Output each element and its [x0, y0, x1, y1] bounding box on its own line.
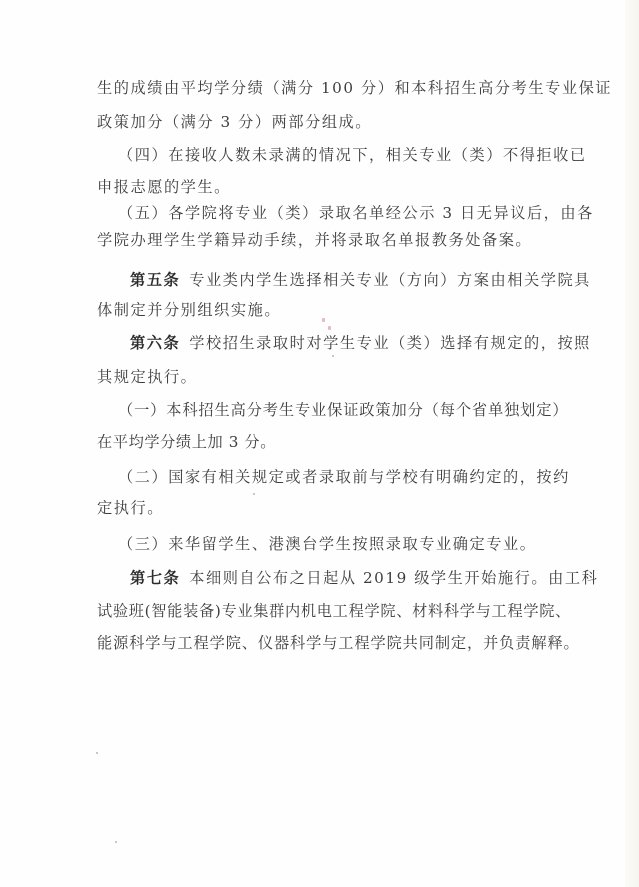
clause-5-line: （五）各学院将专业（类）录取名单经公示 3 日无异议后，由各: [118, 203, 533, 223]
paragraph-line: 政策加分（满分 3 分）两部分组成。: [97, 112, 533, 132]
scan-speck: [328, 326, 331, 330]
scan-speck: [253, 493, 255, 495]
line-text: （一）本科招生高分考生专业保证政策加分（每个省单独划定）: [118, 401, 568, 419]
line-text: 学校招生录取时对学生专业（类）选择有规定的，按照: [189, 334, 591, 352]
line-text: 其规定执行。: [97, 368, 197, 386]
paragraph-line: 申报志愿的学生。: [97, 177, 533, 197]
line-text: 政策加分（满分 3 分）两部分组成。: [97, 113, 372, 131]
line-text: 生的成绩由平均学分绩（满分 100 分）和本科招生高分考生专业保证: [97, 79, 612, 97]
article-5-line: 第五条专业类内学生选择相关专业（方向）方案由相关学院具: [130, 270, 533, 290]
paragraph-line: 定执行。: [97, 498, 533, 518]
line-text: （四）在接收人数未录满的情况下，相关专业（类）不得拒收已: [118, 146, 587, 164]
paragraph-line: 生的成绩由平均学分绩（满分 100 分）和本科招生高分考生专业保证: [97, 78, 533, 98]
article-heading: 第五条: [130, 271, 180, 289]
line-text: 在平均学分绩上加 3 分。: [97, 433, 276, 451]
article-heading: 第七条: [130, 569, 180, 587]
clause-2-line: （二）国家有相关规定或者录取前与学校有明确约定的，按约: [118, 467, 533, 487]
line-text: （五）各学院将专业（类）录取名单经公示 3 日无异议后，由各: [118, 204, 594, 222]
line-text: （三）来华留学生、港澳台学生按照录取专业确定专业。: [118, 535, 536, 553]
clause-1-line: （一）本科招生高分考生专业保证政策加分（每个省单独划定）: [118, 400, 533, 420]
line-text: 体制定并分别组织实施。: [97, 301, 281, 319]
paragraph-line: 学院办理学生学籍异动手续，并将录取名单报教务处备案。: [97, 230, 533, 250]
line-text: 试验班(智能装备)专业集群内机电工程学院、材料科学与工程学院、: [97, 602, 571, 620]
line-text: 本细则自公布之日起从 2019 级学生开始施行。由工科: [189, 569, 598, 587]
paragraph-line: 试验班(智能装备)专业集群内机电工程学院、材料科学与工程学院、: [97, 601, 533, 621]
scanned-page: 生的成绩由平均学分绩（满分 100 分）和本科招生高分考生专业保证 政策加分（满…: [0, 0, 639, 887]
article-7-line: 第七条本细则自公布之日起从 2019 级学生开始施行。由工科: [130, 568, 533, 588]
clause-4-line: （四）在接收人数未录满的情况下，相关专业（类）不得拒收已: [118, 145, 533, 165]
article-6-line: 第六条学校招生录取时对学生专业（类）选择有规定的，按照: [130, 333, 533, 353]
line-text: 学院办理学生学籍异动手续，并将录取名单报教务处备案。: [97, 231, 532, 249]
paragraph-line: 体制定并分别组织实施。: [97, 300, 533, 320]
paragraph-line: 其规定执行。: [97, 367, 533, 387]
line-text: 能源科学与工程学院、仪器科学与工程学院共同制定，并负责解释。: [97, 634, 580, 652]
paragraph-line: 能源科学与工程学院、仪器科学与工程学院共同制定，并负责解释。: [97, 633, 533, 653]
line-text: 定执行。: [97, 499, 164, 517]
clause-3-line: （三）来华留学生、港澳台学生按照录取专业确定专业。: [118, 534, 533, 554]
article-heading: 第六条: [130, 334, 180, 352]
scan-speck: [96, 752, 98, 754]
scan-speck: [332, 355, 334, 357]
line-text: 专业类内学生选择相关专业（方向）方案由相关学院具: [189, 271, 591, 289]
line-text: （二）国家有相关规定或者录取前与学校有明确约定的，按约: [118, 468, 570, 486]
scan-speck: [115, 841, 117, 843]
scan-speck: [127, 155, 129, 157]
scan-speck: [322, 318, 325, 322]
line-text: 申报志愿的学生。: [97, 178, 231, 196]
paragraph-line: 在平均学分绩上加 3 分。: [97, 432, 533, 452]
paper-edge: [625, 0, 639, 887]
